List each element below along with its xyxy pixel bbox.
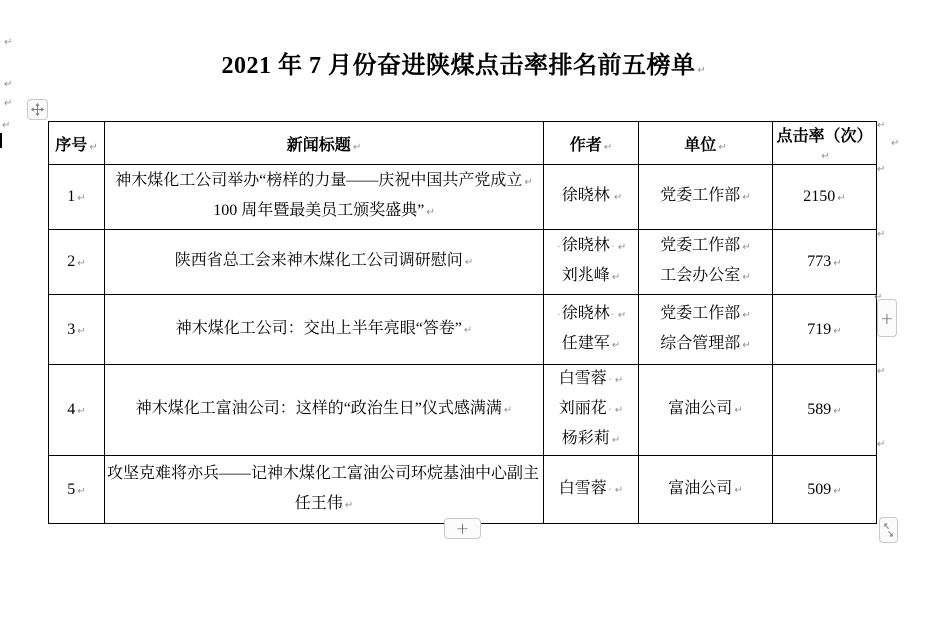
cell-end-mark: ↵ bbox=[612, 272, 620, 283]
column-header-index[interactable]: 序号↵ bbox=[49, 122, 105, 165]
cell-end-mark: ↵ bbox=[742, 340, 750, 351]
unit-cell[interactable]: 党委工作部↵ 综合管理部↵ bbox=[639, 295, 773, 365]
table-row: 1↵ 神木煤化工公司举办“榜样的力量——庆祝中国共产党成立↵ 100 周年暨最美… bbox=[49, 165, 877, 230]
row-index-cell[interactable]: 1↵ bbox=[49, 165, 105, 230]
paragraph-mark: ↵ bbox=[2, 121, 10, 131]
row-index-cell[interactable]: 2↵ bbox=[49, 230, 105, 295]
author-cell[interactable]: 白雪蓉·↵ bbox=[544, 456, 639, 524]
cell-end-mark: ↵ bbox=[426, 207, 434, 218]
cell-end-mark: ↵ bbox=[833, 326, 841, 337]
move-cross-icon bbox=[31, 103, 44, 116]
line-break-mark: ↵ bbox=[615, 375, 623, 386]
ranking-table: 序号↵ 新闻标题↵ 作者↵ 单位↵ 点击率（次）↵ 1↵ 神木煤化工公司举办“榜… bbox=[48, 121, 877, 524]
table-resize-handle[interactable] bbox=[879, 517, 898, 543]
column-header-unit[interactable]: 单位↵ bbox=[639, 122, 773, 165]
clicks-cell[interactable]: 509↵ bbox=[773, 456, 877, 524]
line-break-mark: ↵ bbox=[742, 242, 750, 253]
row-end-mark: ↵ bbox=[877, 367, 885, 377]
row-index-cell[interactable]: 4↵ bbox=[49, 365, 105, 456]
cell-end-mark: ↵ bbox=[612, 435, 620, 446]
cell-end-mark: ↵ bbox=[77, 258, 85, 269]
author-cell[interactable]: ·徐晓林·↵ 刘兆峰↵ bbox=[544, 230, 639, 295]
row-index-cell[interactable]: 3↵ bbox=[49, 295, 105, 365]
space-mark: · bbox=[610, 307, 616, 321]
line-break-mark: ↵ bbox=[618, 310, 626, 321]
news-title-cell[interactable]: 神木煤化工公司举办“榜样的力量——庆祝中国共产党成立↵ 100 周年暨最美员工颁… bbox=[105, 165, 544, 230]
text-cursor-caret bbox=[0, 133, 2, 148]
cell-end-mark: ↵ bbox=[89, 142, 97, 153]
table-move-handle[interactable] bbox=[27, 99, 48, 120]
cell-end-mark: ↵ bbox=[833, 406, 841, 417]
cell-end-mark: ↵ bbox=[77, 486, 85, 497]
news-title-cell[interactable]: 陕西省总工会来神木煤化工公司调研慰问↵ bbox=[105, 230, 544, 295]
cell-end-mark: ↵ bbox=[77, 406, 85, 417]
add-row-button[interactable]: + bbox=[444, 518, 481, 539]
cell-end-mark: ↵ bbox=[734, 405, 742, 416]
cell-end-mark: ↵ bbox=[833, 486, 841, 497]
paragraph-mark: ↵ bbox=[4, 38, 12, 48]
unit-cell[interactable]: 党委工作部↵ bbox=[639, 165, 773, 230]
news-title-cell[interactable]: 神木煤化工公司：交出上半年亮眼“答卷”↵ bbox=[105, 295, 544, 365]
unit-cell[interactable]: 富油公司↵ bbox=[639, 456, 773, 524]
paragraph-mark: ↵ bbox=[4, 99, 12, 109]
clicks-cell[interactable]: 773↵ bbox=[773, 230, 877, 295]
cell-end-mark: ↵ bbox=[353, 142, 361, 153]
cell-end-mark: ↵ bbox=[464, 325, 472, 336]
line-break-mark: ↵ bbox=[742, 310, 750, 321]
cell-end-mark: ↵ bbox=[837, 193, 845, 204]
news-title-cell[interactable]: 攻坚克难将亦兵——记神木煤化工富油公司环烷基油中心副主 任王伟↵ bbox=[105, 456, 544, 524]
space-mark: · bbox=[607, 402, 613, 416]
paragraph-mark: ↵ bbox=[698, 65, 707, 76]
line-break-mark: ↵ bbox=[615, 405, 623, 416]
cell-end-mark: ↵ bbox=[77, 193, 85, 204]
space-mark: · bbox=[610, 239, 616, 253]
row-index-cell[interactable]: 5↵ bbox=[49, 456, 105, 524]
table-row: 3↵ 神木煤化工公司：交出上半年亮眼“答卷”↵ ·徐晓林·↵ 任建军↵ 党委工作… bbox=[49, 295, 877, 365]
table-row: 2↵ 陕西省总工会来神木煤化工公司调研慰问↵ ·徐晓林·↵ 刘兆峰↵ 党委工作部… bbox=[49, 230, 877, 295]
cell-end-mark: ↵ bbox=[604, 142, 612, 153]
unit-cell[interactable]: 富油公司↵ bbox=[639, 365, 773, 456]
row-end-mark: ↵ bbox=[877, 440, 885, 450]
line-break-mark: ↵ bbox=[524, 177, 532, 188]
column-header-clicks[interactable]: 点击率（次）↵ bbox=[773, 122, 877, 165]
clicks-cell[interactable]: 2150↵ bbox=[773, 165, 877, 230]
cell-end-mark: ↵ bbox=[742, 272, 750, 283]
cell-end-mark: ↵ bbox=[345, 500, 353, 511]
table-row: 4↵ 神木煤化工富油公司：这样的“政治生日”仪式感满满↵ 白雪蓉·↵ 刘丽花·↵… bbox=[49, 365, 877, 456]
space-mark bbox=[610, 189, 612, 203]
space-mark: · bbox=[607, 372, 613, 386]
table-header-row: 序号↵ 新闻标题↵ 作者↵ 单位↵ 点击率（次）↵ bbox=[49, 122, 877, 165]
cell-end-mark: ↵ bbox=[742, 192, 750, 203]
cell-end-mark: ↵ bbox=[821, 151, 829, 162]
cell-end-mark: ↵ bbox=[614, 192, 622, 203]
page-title: 2021 年 7 月份奋进陕煤点击率排名前五榜单↵ bbox=[0, 50, 928, 87]
page-title-text: 2021 年 7 月份奋进陕煤点击率排名前五榜单 bbox=[222, 53, 696, 79]
cell-end-mark: ↵ bbox=[615, 485, 623, 496]
row-end-mark: ↵ bbox=[877, 230, 885, 240]
cell-end-mark: ↵ bbox=[612, 340, 620, 351]
line-break-mark: ↵ bbox=[618, 242, 626, 253]
unit-cell[interactable]: 党委工作部↵ 工会办公室↵ bbox=[639, 230, 773, 295]
cell-end-mark: ↵ bbox=[77, 326, 85, 337]
cell-end-mark: ↵ bbox=[465, 257, 473, 268]
add-column-button[interactable]: + bbox=[877, 299, 897, 337]
cell-end-mark: ↵ bbox=[833, 258, 841, 269]
clicks-cell[interactable]: 589↵ bbox=[773, 365, 877, 456]
row-end-mark: ↵ bbox=[891, 139, 899, 149]
cell-end-mark: ↵ bbox=[504, 405, 512, 416]
space-mark: · bbox=[607, 482, 613, 496]
author-cell[interactable]: ·徐晓林·↵ 任建军↵ bbox=[544, 295, 639, 365]
author-cell[interactable]: 徐晓林↵ bbox=[544, 165, 639, 230]
news-title-cell[interactable]: 神木煤化工富油公司：这样的“政治生日”仪式感满满↵ bbox=[105, 365, 544, 456]
row-end-mark: ↵ bbox=[877, 165, 885, 175]
clicks-cell[interactable]: 719↵ bbox=[773, 295, 877, 365]
column-header-author[interactable]: 作者↵ bbox=[544, 122, 639, 165]
diagonal-resize-icon bbox=[882, 521, 895, 539]
column-header-news-title[interactable]: 新闻标题↵ bbox=[105, 122, 544, 165]
author-cell[interactable]: 白雪蓉·↵ 刘丽花·↵ 杨彩莉↵ bbox=[544, 365, 639, 456]
cell-end-mark: ↵ bbox=[718, 142, 726, 153]
cell-end-mark: ↵ bbox=[734, 485, 742, 496]
row-end-mark: ↵ bbox=[877, 121, 885, 131]
table-row: 5↵ 攻坚克难将亦兵——记神木煤化工富油公司环烷基油中心副主 任王伟↵ 白雪蓉·… bbox=[49, 456, 877, 524]
